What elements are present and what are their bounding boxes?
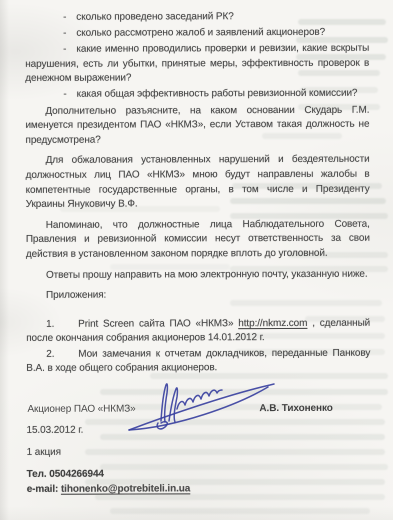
letter-body: -сколько проведено заседаний РК? -скольк… bbox=[0, 0, 393, 497]
bullet-item-audits: -какие именно проводились проверки и рев… bbox=[25, 42, 369, 87]
signature-block: Акционер ПАО «НКМЗ» А.В. Тихоненко 15.03… bbox=[26, 402, 370, 497]
paragraph-reply-request: Ответы прошу направить на мою электронну… bbox=[26, 267, 370, 283]
signer-role: Акционер ПАО «НКМЗ» bbox=[27, 403, 135, 418]
attachment-item-2: 2.Мои замечания к отчетам докладчиков, п… bbox=[26, 347, 370, 377]
phone-number: Тел. 0504266944 bbox=[27, 467, 371, 482]
attachment-item-1: 1.Print Screen сайта ПАО «НКМЗ» http://n… bbox=[26, 316, 370, 346]
email-link[interactable]: tihonenko@potrebiteli.in.ua bbox=[61, 483, 190, 494]
bullet-item-complaints: -сколько рассмотрено жалоб и заявлений а… bbox=[25, 26, 369, 42]
bullet-text: какая общая эффективность работы ревизио… bbox=[77, 88, 358, 100]
letter-date: 15.03.2012 г. bbox=[26, 423, 370, 438]
bullet-dash: - bbox=[63, 44, 66, 55]
attachments-heading: Приложения: bbox=[26, 288, 370, 304]
bullet-text: сколько рассмотрено жалоб и заявлений ак… bbox=[76, 27, 325, 39]
bullet-text: какие именно проводились проверки и реви… bbox=[25, 43, 369, 84]
signature-row: Акционер ПАО «НКМЗ» А.В. Тихоненко bbox=[26, 402, 370, 418]
bullet-dash: - bbox=[63, 28, 66, 39]
paragraph-responsibility-reminder: Напоминаю, что должностные лица Наблюдат… bbox=[26, 217, 370, 262]
bullet-text: сколько проведено заседаний РК? bbox=[76, 11, 233, 23]
bullet-dash: - bbox=[63, 12, 66, 23]
bullet-item-effectiveness: -какая общая эффективность работы ревизи… bbox=[25, 87, 369, 103]
paragraph-complaints-to-authorities: Для обжалования установленных нарушений … bbox=[26, 153, 370, 213]
attachment-number: 1. bbox=[46, 317, 78, 332]
shares-count: 1 акция bbox=[27, 445, 371, 460]
email-line: e-mail: tihonenko@potrebiteli.in.ua bbox=[27, 482, 371, 497]
scanned-letter-page: -сколько проведено заседаний РК? -скольк… bbox=[0, 0, 393, 520]
attachment-number: 2. bbox=[46, 348, 78, 363]
bullet-dash: - bbox=[63, 89, 66, 100]
bullet-item-sessions: -сколько проведено заседаний РК? bbox=[25, 10, 369, 26]
email-label: e-mail: bbox=[27, 484, 59, 495]
attachment-text: Print Screen сайта ПАО «НКМЗ» bbox=[78, 318, 238, 330]
nkmz-site-link[interactable]: http://nkmz.com bbox=[238, 318, 307, 329]
signer-name: А.В. Тихоненко bbox=[259, 402, 332, 417]
paragraph-president-question: Дополнительно разъясните, на каком основ… bbox=[25, 103, 369, 148]
